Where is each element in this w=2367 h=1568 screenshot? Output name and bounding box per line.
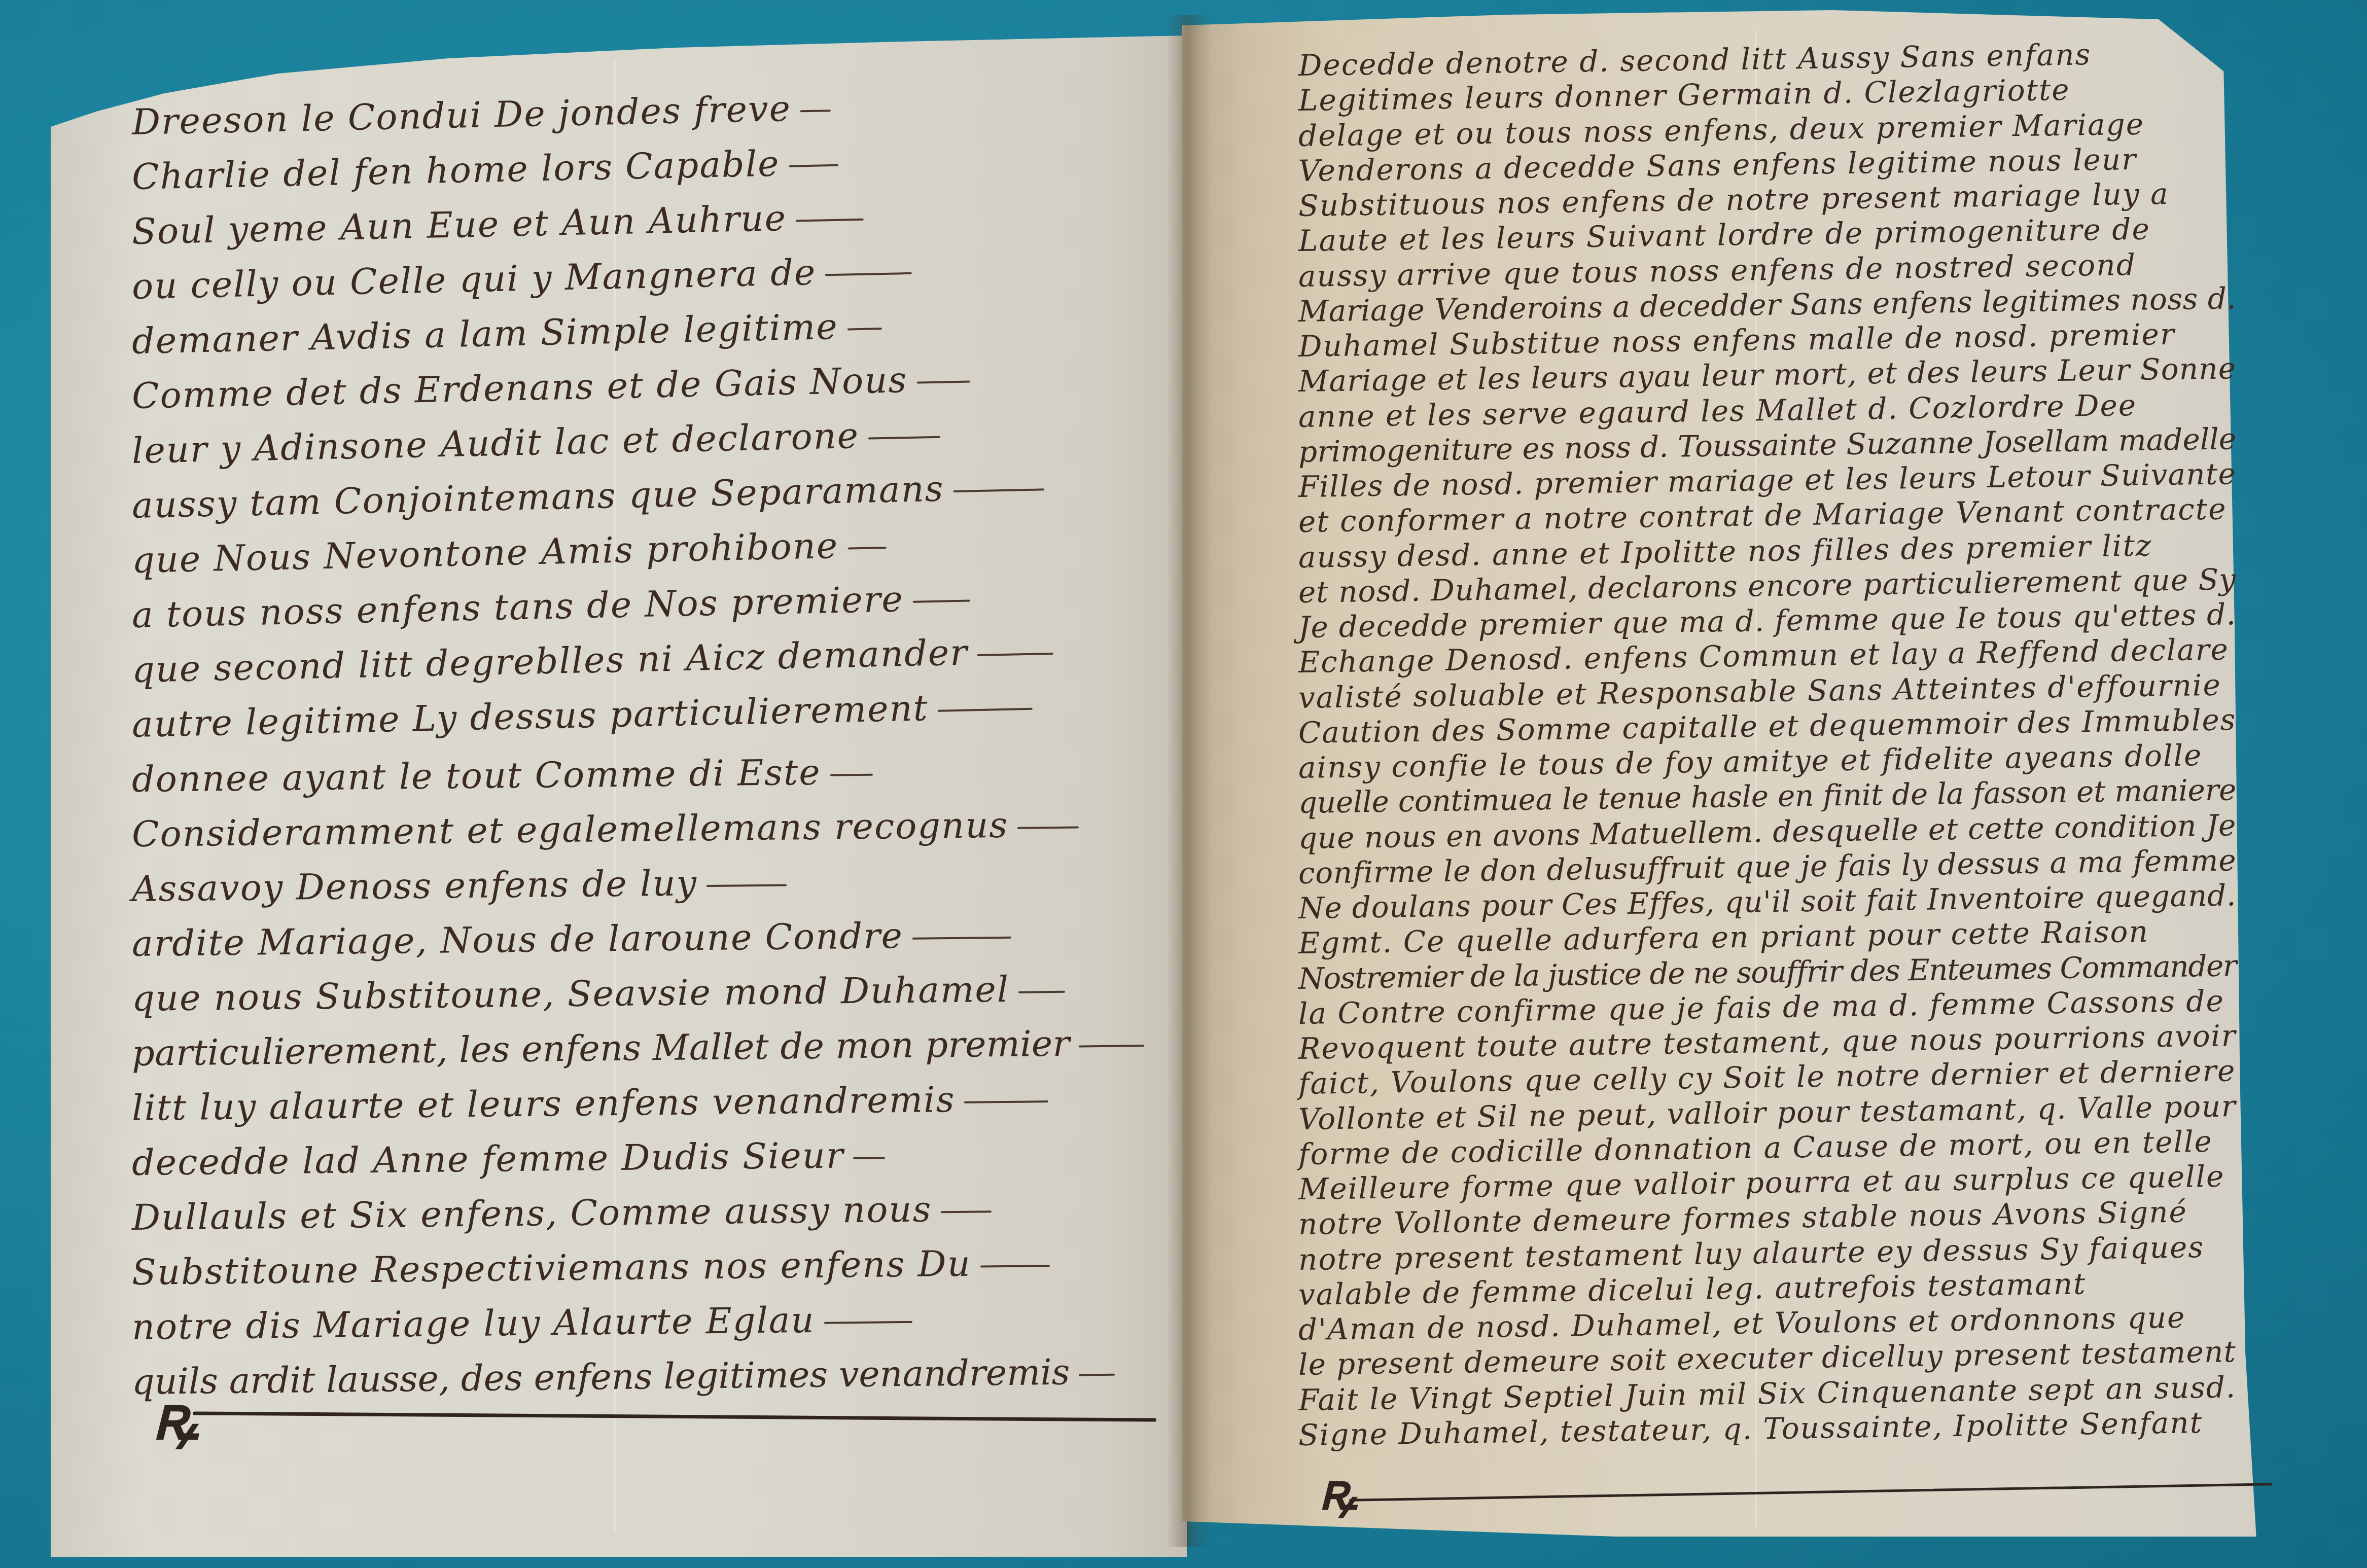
line-filler-stroke <box>916 380 970 383</box>
line-filler-stroke <box>796 219 864 222</box>
line-filler-stroke <box>938 708 1033 712</box>
line-text: Assavoy Denoss enfens de luy <box>132 862 698 910</box>
line-filler-stroke <box>964 1100 1048 1103</box>
line-filler-stroke <box>1017 826 1079 829</box>
line-filler-stroke <box>980 1265 1050 1267</box>
line-filler-stroke <box>847 328 882 330</box>
line-filler-stroke <box>847 547 886 550</box>
line-filler-stroke <box>830 774 873 776</box>
line-filler-stroke <box>853 1157 885 1159</box>
paraph-mark-right: ꝶ <box>1319 1455 1357 1524</box>
line-text: Dullauls et Six enfens, Comme aussy nous <box>132 1188 932 1238</box>
line-filler-stroke <box>789 164 838 167</box>
line-filler-stroke <box>913 599 970 602</box>
line-filler-stroke <box>912 937 1011 940</box>
line-text: Substitoune Respectiviemans nos enfens D… <box>132 1243 972 1293</box>
line-filler-stroke <box>706 884 787 887</box>
line-text: notre dis Mariage luy Alaurte Eglau <box>132 1299 816 1348</box>
line-filler-stroke <box>1079 1374 1115 1376</box>
line-text: donnee ayant le tout Comme di Este <box>132 752 821 800</box>
line-text: ardite Mariage, Nous de laroune Condre <box>132 915 904 965</box>
line-filler-stroke <box>941 1210 992 1213</box>
line-filler-stroke <box>977 653 1053 656</box>
line-filler-stroke <box>868 436 940 440</box>
line-filler-stroke <box>953 488 1044 492</box>
paraph-mark-left: ꝶ <box>152 1374 198 1457</box>
line-text: decedde lad Anne femme Dudis Sieur <box>132 1134 844 1184</box>
line-filler-stroke <box>800 110 831 112</box>
line-filler-stroke <box>824 1321 912 1324</box>
line-text: litt luy alaurte et leurs enfens venandr… <box>132 1079 956 1129</box>
line-filler-stroke <box>1018 991 1065 993</box>
book-spine-gutter <box>1167 15 1212 1547</box>
line-filler-stroke <box>825 272 912 276</box>
